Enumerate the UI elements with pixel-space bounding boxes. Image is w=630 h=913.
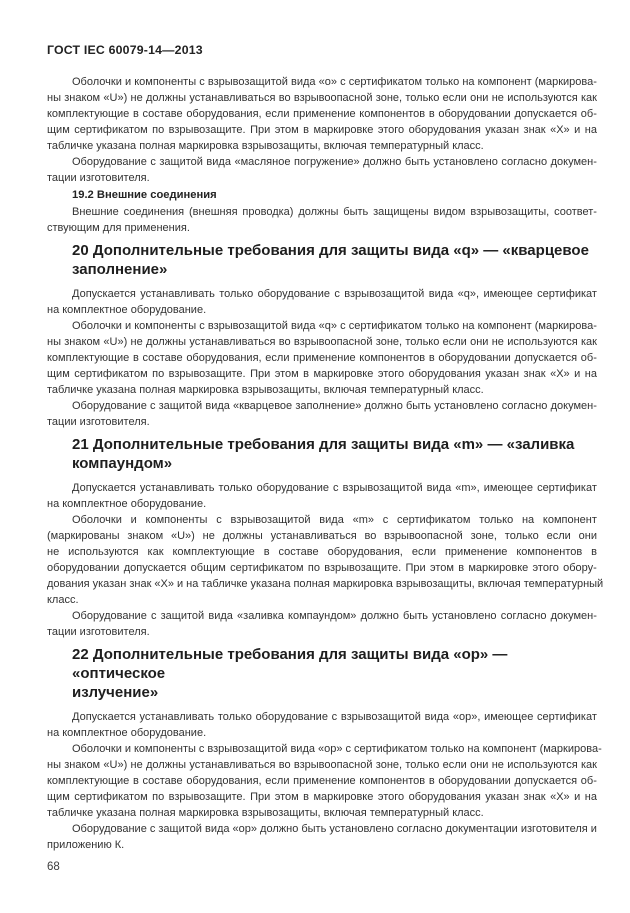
word: взрывозащитой: [208, 74, 288, 90]
word: указан: [485, 122, 519, 138]
word: сертификатом: [397, 512, 470, 528]
heading-line: заполнение»: [72, 260, 597, 279]
para-q-install: Оборудованиесзащитойвида«кварцевоезаполн…: [47, 398, 597, 430]
word: с: [340, 318, 346, 334]
word: допускается: [124, 560, 187, 576]
word: устанавливаться: [189, 757, 275, 773]
word: компонент: [478, 318, 532, 334]
text-line: на комплектное оборудование.: [47, 725, 597, 741]
word: если: [265, 106, 289, 122]
text-line: Внешниесоединения(внешняяпроводка)должны…: [72, 204, 597, 220]
word: «Х»: [550, 122, 570, 138]
word: знаком: [64, 334, 100, 350]
word: в: [429, 773, 435, 789]
text-line: Допускаетсяустанавливатьтолькооборудован…: [72, 286, 597, 302]
word: сертификат: [537, 480, 597, 496]
word: ны: [47, 334, 61, 350]
word: в: [429, 350, 435, 366]
word: на: [585, 789, 597, 805]
word: Внешние: [72, 204, 119, 220]
word: «заливка: [237, 608, 284, 624]
word: оборудование: [256, 709, 328, 725]
word: «ор»: [318, 741, 342, 757]
word: если: [412, 544, 436, 560]
text-line: Допускаетсяустанавливатьтолькооборудован…: [72, 709, 597, 725]
text-line: Оболочкиикомпонентысвзрывозащитойвида«q»…: [72, 318, 597, 334]
word: компоненты: [134, 318, 196, 334]
word: маркировке: [313, 122, 373, 138]
word: не: [492, 334, 504, 350]
text-line: табличке указана полная маркировка взрыв…: [47, 382, 597, 398]
text-line: приложению К.: [47, 837, 597, 853]
word: должно: [260, 821, 298, 837]
text-line: щимсертификатомповзрывозащите.Приэтомвма…: [47, 789, 597, 805]
word: При: [250, 122, 270, 138]
word: Допускается: [72, 480, 136, 496]
word: не: [131, 334, 143, 350]
word: При: [250, 366, 270, 382]
word: на: [585, 366, 597, 382]
word: сертификатом: [74, 122, 147, 138]
word: если: [547, 528, 571, 544]
para-op-install: Оборудованиесзащитойвида«ор»должнобытьус…: [47, 821, 597, 853]
text-line: Допускаетсяустанавливатьтолькооборудован…: [72, 480, 597, 496]
word: только: [405, 90, 439, 106]
word: комплектующие: [47, 773, 129, 789]
text-line: класс.: [47, 592, 597, 608]
word: используются: [68, 544, 138, 560]
word: оборудование: [258, 286, 330, 302]
text-line: Оборудованиесзащитойвида«ор»должнобытьус…: [72, 821, 597, 837]
word: с: [150, 154, 156, 170]
word: взрывоопасной: [294, 334, 373, 350]
word: быть: [343, 204, 368, 220]
word: вида: [429, 286, 454, 302]
word: оборудовании: [438, 773, 510, 789]
word: только: [219, 480, 253, 496]
word: как: [581, 90, 597, 106]
word: комплектующие: [172, 544, 254, 560]
text-line: Оболочкиикомпонентысвзрывозащитойвида«о»…: [72, 74, 597, 90]
word: в: [264, 544, 270, 560]
word: указан: [93, 576, 127, 592]
word: не: [47, 544, 59, 560]
word: в: [591, 544, 597, 560]
word: заполнение»: [295, 398, 361, 414]
word: «U»): [103, 90, 127, 106]
word: они: [470, 90, 488, 106]
word: только: [405, 334, 439, 350]
word: они: [579, 528, 597, 544]
heading-line: 22 Дополнительные требования для защиты …: [72, 645, 597, 683]
word: оборудования: [409, 122, 481, 138]
word: компонентов: [516, 544, 582, 560]
word: Допускается: [72, 286, 136, 302]
text-line: тации изготовителя.: [47, 414, 597, 430]
word: оборудовании: [438, 106, 510, 122]
word: (маркированы: [47, 528, 119, 544]
text-line: щимсертификатомповзрывозащите.Приэтомвма…: [47, 366, 597, 382]
word: с: [199, 318, 205, 334]
word: оборудование: [257, 480, 329, 496]
word: этом: [430, 560, 454, 576]
word: компонентов: [359, 350, 425, 366]
word: на: [467, 741, 479, 757]
heading-22-optical-radiation: 22 Дополнительные требования для защиты …: [72, 645, 597, 702]
word: погружение»: [294, 154, 360, 170]
word: согласно: [397, 821, 443, 837]
word: применение: [445, 544, 507, 560]
word: щим: [47, 789, 70, 805]
word: дования: [47, 576, 90, 592]
word: сертификатом: [74, 366, 147, 382]
word: взрывозащите.: [169, 122, 246, 138]
word: защитой: [161, 608, 205, 624]
word: в: [133, 773, 139, 789]
word: вида: [205, 398, 230, 414]
word: и: [574, 366, 580, 382]
word: Оболочки: [72, 74, 122, 90]
heading-line: излучение»: [72, 683, 597, 702]
word: только: [425, 74, 459, 90]
word: взрывозащите.: [324, 560, 401, 576]
word: в: [133, 350, 139, 366]
text-line: тации изготовителя.: [47, 624, 597, 640]
word: знак: [524, 122, 546, 138]
text-line: (маркированызнаком«U»)недолжныустанавлив…: [47, 528, 597, 544]
word: защитой: [159, 398, 203, 414]
word: оборудовании: [438, 350, 510, 366]
word: защитой: [159, 154, 203, 170]
word: «Х»: [154, 576, 174, 592]
word: быть: [403, 608, 428, 624]
word: взрывозащитой: [341, 709, 421, 725]
text-line: Оборудованиесзащитойвида«масляноепогруже…: [72, 154, 597, 170]
word: сертификат: [537, 709, 597, 725]
word: и: [591, 821, 597, 837]
word: только: [219, 286, 253, 302]
word: щим: [47, 366, 70, 382]
word: только: [405, 757, 439, 773]
word: на: [462, 74, 474, 90]
word: сертификат: [537, 286, 597, 302]
word: по: [152, 789, 164, 805]
word: оборудования,: [186, 773, 261, 789]
word: применение: [293, 106, 355, 122]
para-op-certified-equipment: Допускаетсяустанавливатьтолькооборудован…: [47, 709, 597, 741]
word: табличке: [201, 576, 247, 592]
word: сертификатом: [354, 741, 427, 757]
word: вида: [427, 480, 452, 496]
word: полная: [293, 576, 329, 592]
word: взрывоопасной: [384, 528, 463, 544]
word: знак: [524, 789, 546, 805]
word: об-: [581, 350, 597, 366]
para-oil-immersion-install: Оборудованиесзащитойвида«масляноепогруже…: [47, 154, 597, 186]
word: применение: [293, 350, 355, 366]
word: если: [265, 773, 289, 789]
text-line: нызнаком«U»)недолжныустанавливатьсявовзр…: [47, 334, 597, 350]
document-page: ГОСТ IEC 60079-14—2013 Оболочкиикомпонен…: [0, 0, 630, 913]
para-q-components: Оболочкиикомпонентысвзрывозащитойвида«q»…: [47, 318, 597, 398]
text-line: щимсертификатомповзрывозащите.Приэтомвма…: [47, 122, 597, 138]
word: взрывозащитой: [208, 318, 288, 334]
text-line: дованияуказанзнак«Х»инатабличкеуказанапо…: [47, 576, 597, 592]
word: установлено: [329, 821, 393, 837]
word: знак: [524, 366, 546, 382]
word: защитой: [158, 821, 202, 837]
word: этого: [533, 560, 559, 576]
word: ны: [47, 757, 61, 773]
word: не: [492, 90, 504, 106]
word: «масляное: [234, 154, 290, 170]
word: и: [125, 74, 131, 90]
text-line: Оборудованиесзащитойвида«кварцевоезаполн…: [72, 398, 597, 414]
word: комплектующие: [47, 106, 129, 122]
word: в: [133, 106, 139, 122]
document-body: Оболочкиикомпонентысвзрывозащитойвида«о»…: [47, 74, 597, 853]
word: как: [581, 757, 597, 773]
text-line: Оболочкиикомпонентысвзрывозащитойвида«ор…: [72, 741, 597, 757]
word: с: [199, 74, 205, 90]
word: составе: [143, 350, 183, 366]
text-line: на комплектное оборудование.: [47, 496, 597, 512]
word: только: [430, 741, 464, 757]
word: должны: [146, 757, 186, 773]
word: проводка): [242, 204, 293, 220]
word: с: [383, 512, 389, 528]
word: этом: [275, 789, 299, 805]
word: применение: [293, 773, 355, 789]
para-m-install: Оборудованиесзащитойвида«заливкакомпаунд…: [47, 608, 597, 640]
word: устанавливаться: [189, 90, 275, 106]
word: в: [303, 366, 309, 382]
word: маркировке: [468, 560, 528, 576]
word: указана: [251, 576, 291, 592]
word: «Х»: [550, 789, 570, 805]
text-line: тации изготовителя.: [47, 170, 597, 186]
word: должны: [223, 528, 263, 544]
word: и: [131, 512, 137, 528]
word: согласно: [502, 398, 548, 414]
word: Оболочки: [72, 512, 122, 528]
word: компоненты: [134, 74, 196, 90]
word: не: [131, 757, 143, 773]
word: соответ-: [554, 204, 597, 220]
word: на: [522, 512, 534, 528]
word: При: [250, 789, 270, 805]
word: согласно: [501, 154, 547, 170]
word: в: [303, 122, 309, 138]
heading-20-quartz-filling: 20 Дополнительные требования для защиты …: [72, 241, 597, 279]
word: используются: [507, 90, 577, 106]
word: и: [125, 741, 131, 757]
word: взрывозащитой: [207, 741, 287, 757]
word: взрывоопасной: [294, 757, 373, 773]
word: этом: [275, 122, 299, 138]
word: зоне,: [376, 757, 402, 773]
text-line: комплектующиевсоставеоборудования,еслипр…: [47, 106, 597, 122]
word: установлено: [434, 398, 498, 414]
text-line: табличке указана полная маркировка взрыв…: [47, 805, 597, 821]
word: во: [279, 334, 291, 350]
word: с: [340, 74, 346, 90]
heading-line: компаундом»: [72, 454, 597, 473]
word: компонентов: [359, 773, 425, 789]
word: устанавливать: [140, 286, 215, 302]
word: компаундом»: [288, 608, 356, 624]
word: и: [574, 789, 580, 805]
para-ex-o-components: Оболочкиикомпонентысвзрывозащитойвида«о»…: [47, 74, 597, 154]
word: взрывозащите.: [169, 789, 246, 805]
word: «о»: [319, 74, 337, 90]
word: этого: [378, 122, 404, 138]
para-m-components: Оболочкиикомпонентысвзрывозащитойвида«m»…: [47, 512, 597, 608]
word: взрывозащитой: [230, 512, 310, 528]
word: оборудования,: [186, 350, 261, 366]
text-line: ствующим для применения.: [47, 220, 597, 236]
word: с: [333, 480, 339, 496]
para-m-certified-equipment: Допускаетсяустанавливатьтолькооборудован…: [47, 480, 597, 512]
word: «ор»: [233, 821, 257, 837]
word: «U»): [171, 528, 195, 544]
word: в: [303, 789, 309, 805]
word: указан: [485, 366, 519, 382]
word: сертификатом: [230, 560, 303, 576]
word: устанавливаться: [271, 528, 357, 544]
word: устанавливать: [140, 709, 215, 725]
word: во: [365, 528, 377, 544]
word: (маркирова-: [535, 74, 597, 90]
word: соединения: [124, 204, 185, 220]
word: имеющее: [483, 286, 532, 302]
word: сертификатом: [349, 318, 422, 334]
word: маркировке: [313, 366, 373, 382]
running-header: ГОСТ IEC 60079-14—2013: [47, 42, 597, 58]
word: компоненты: [146, 512, 208, 528]
word: температурный: [524, 576, 603, 592]
text-line: табличке указана полная маркировка взрыв…: [47, 138, 597, 154]
word: знак: [129, 576, 151, 592]
word: этого: [378, 366, 404, 382]
word: докумен-: [551, 608, 597, 624]
word: Оболочки: [72, 318, 122, 334]
word: имеющее: [484, 480, 533, 496]
word: и: [125, 318, 131, 334]
word: «ор»,: [453, 709, 481, 725]
word: знаком: [64, 90, 100, 106]
word: как: [148, 544, 164, 560]
word: маркировка: [333, 576, 393, 592]
word: общим: [191, 560, 226, 576]
word: с: [150, 398, 156, 414]
word: об-: [581, 773, 597, 789]
word: Оборудование: [72, 398, 147, 414]
word: вида: [291, 74, 316, 90]
word: если: [443, 90, 467, 106]
word: используются: [507, 757, 577, 773]
word: с: [151, 608, 157, 624]
word: «q»: [319, 318, 337, 334]
word: видом: [433, 204, 465, 220]
word: на: [462, 318, 474, 334]
word: об-: [581, 106, 597, 122]
text-line: Оболочкиикомпонентысвзрывозащитойвида«m»…: [72, 512, 597, 528]
word: и: [574, 122, 580, 138]
word: если: [443, 757, 467, 773]
word: составе: [143, 106, 183, 122]
text-line: нызнаком«U»)недолжныустанавливатьсявовзр…: [47, 90, 597, 106]
text-line: комплектующиевсоставеоборудования,еслипр…: [47, 350, 597, 366]
word: оборудования,: [186, 106, 261, 122]
word: вида: [206, 154, 231, 170]
word: указан: [485, 789, 519, 805]
word: зоне,: [376, 334, 402, 350]
word: быть: [405, 154, 430, 170]
word: с: [345, 741, 351, 757]
word: и: [177, 576, 183, 592]
word: обору-: [563, 560, 597, 576]
para-op-components: Оболочкиикомпонентысвзрывозащитойвида«ор…: [47, 741, 597, 821]
word: Допускается: [72, 709, 136, 725]
word: компонент: [478, 74, 532, 90]
text-line: на комплектное оборудование.: [47, 302, 597, 318]
word: изготовителя: [521, 821, 588, 837]
word: Оборудование: [72, 608, 147, 624]
heading-21-compound-encapsulation: 21 Дополнительные требования для защиты …: [72, 435, 597, 473]
word: допускается: [514, 773, 577, 789]
word: компонент: [483, 741, 537, 757]
word: вида: [319, 512, 344, 528]
word: компонент: [543, 512, 597, 528]
word: быть: [406, 398, 431, 414]
word: «m»,: [455, 480, 479, 496]
word: сертификатом: [349, 74, 422, 90]
text-line: неиспользуютсякаккомплектующиевсоставеоб…: [47, 544, 597, 560]
word: комплектующие: [47, 350, 129, 366]
word: допускается: [514, 106, 577, 122]
word: оборудовании: [47, 560, 119, 576]
word: вида: [208, 608, 233, 624]
word: с: [150, 821, 156, 837]
word: должно: [363, 154, 401, 170]
word: докумен-: [551, 154, 597, 170]
word: на: [186, 576, 198, 592]
word: быть: [301, 821, 326, 837]
word: во: [279, 757, 291, 773]
word: вида: [291, 318, 316, 334]
word: с: [199, 741, 205, 757]
word: «U»): [103, 334, 127, 350]
word: в: [429, 106, 435, 122]
word: взрывозащите.: [169, 366, 246, 382]
word: «q»,: [458, 286, 479, 302]
word: должны: [146, 334, 186, 350]
heading-line: 20 Дополнительные требования для защиты …: [72, 241, 597, 260]
word: (маркирова-: [535, 318, 597, 334]
word: должны: [298, 204, 338, 220]
word: на: [585, 122, 597, 138]
text-line: нызнаком«U»)недолжныустанавливатьсявовзр…: [47, 757, 597, 773]
word: этого: [378, 789, 404, 805]
word: только: [425, 318, 459, 334]
word: только: [218, 709, 252, 725]
word: докумен-: [551, 398, 597, 414]
word: по: [152, 366, 164, 382]
word: в: [458, 560, 464, 576]
word: составе: [143, 773, 183, 789]
word: Оболочки: [72, 741, 122, 757]
